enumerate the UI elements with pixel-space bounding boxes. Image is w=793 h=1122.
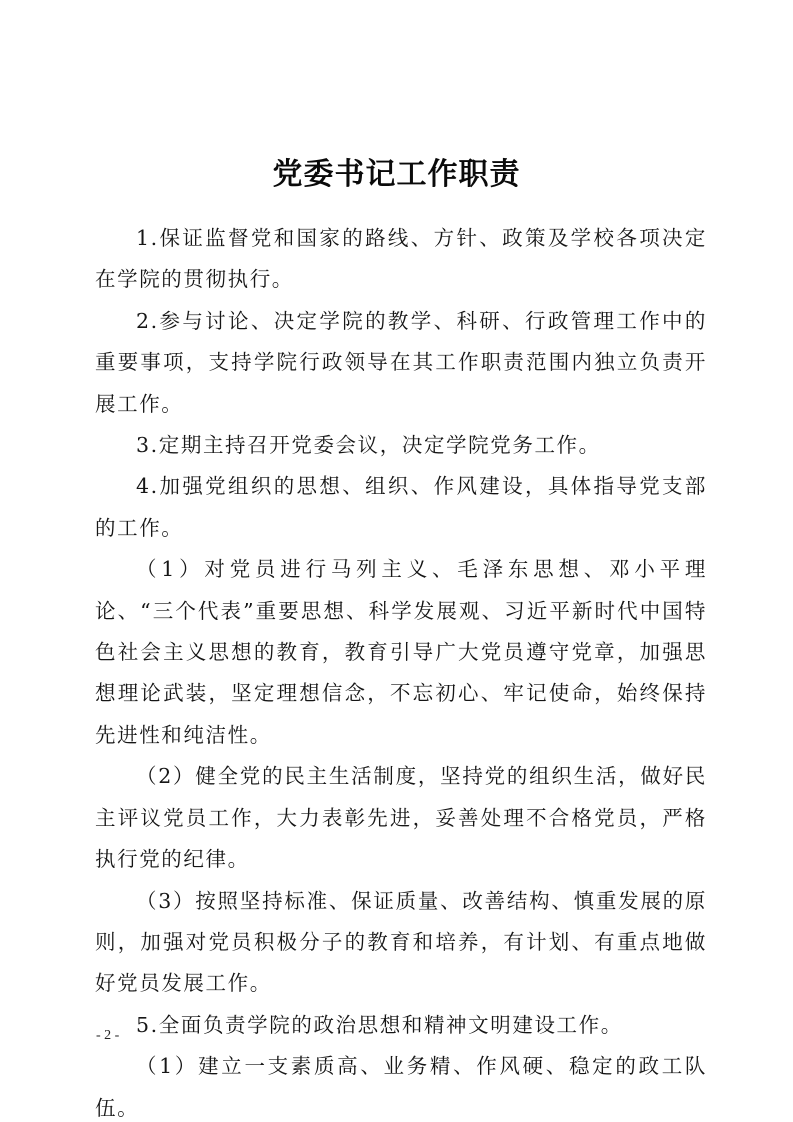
paragraph-4-3: （3）按照坚持标准、保证质量、改善结构、慎重发展的原则，加强对党员积极分子的教育… — [95, 881, 707, 1005]
paragraph-1: 1.保证监督党和国家的路线、方针、政策及学校各项决定在学院的贯彻执行。 — [95, 218, 707, 301]
document-body: 1.保证监督党和国家的路线、方针、政策及学校各项决定在学院的贯彻执行。 2.参与… — [95, 218, 707, 1122]
paragraph-3: 3.定期主持召开党委会议，决定学院党务工作。 — [95, 425, 707, 466]
page-number: - 2 - — [96, 1027, 119, 1045]
paragraph-4-1: （1）对党员进行马列主义、毛泽东思想、邓小平理论、“三个代表”重要思想、科学发展… — [95, 549, 707, 756]
document-title: 党委书记工作职责 — [0, 155, 793, 195]
paragraph-2: 2.参与讨论、决定学院的教学、科研、行政管理工作中的重要事项，支持学院行政领导在… — [95, 301, 707, 425]
paragraph-4: 4.加强党组织的思想、组织、作风建设，具体指导党支部的工作。 — [95, 466, 707, 549]
paragraph-5-1: （1）建立一支素质高、业务精、作风硬、稳定的政工队伍。 — [95, 1046, 707, 1122]
document-page: 党委书记工作职责 1.保证监督党和国家的路线、方针、政策及学校各项决定在学院的贯… — [0, 0, 793, 1122]
paragraph-5: 5.全面负责学院的政治思想和精神文明建设工作。 — [95, 1005, 707, 1046]
paragraph-4-2: （2）健全党的民主生活制度，坚持党的组织生活，做好民主评议党员工作，大力表彰先进… — [95, 756, 707, 880]
